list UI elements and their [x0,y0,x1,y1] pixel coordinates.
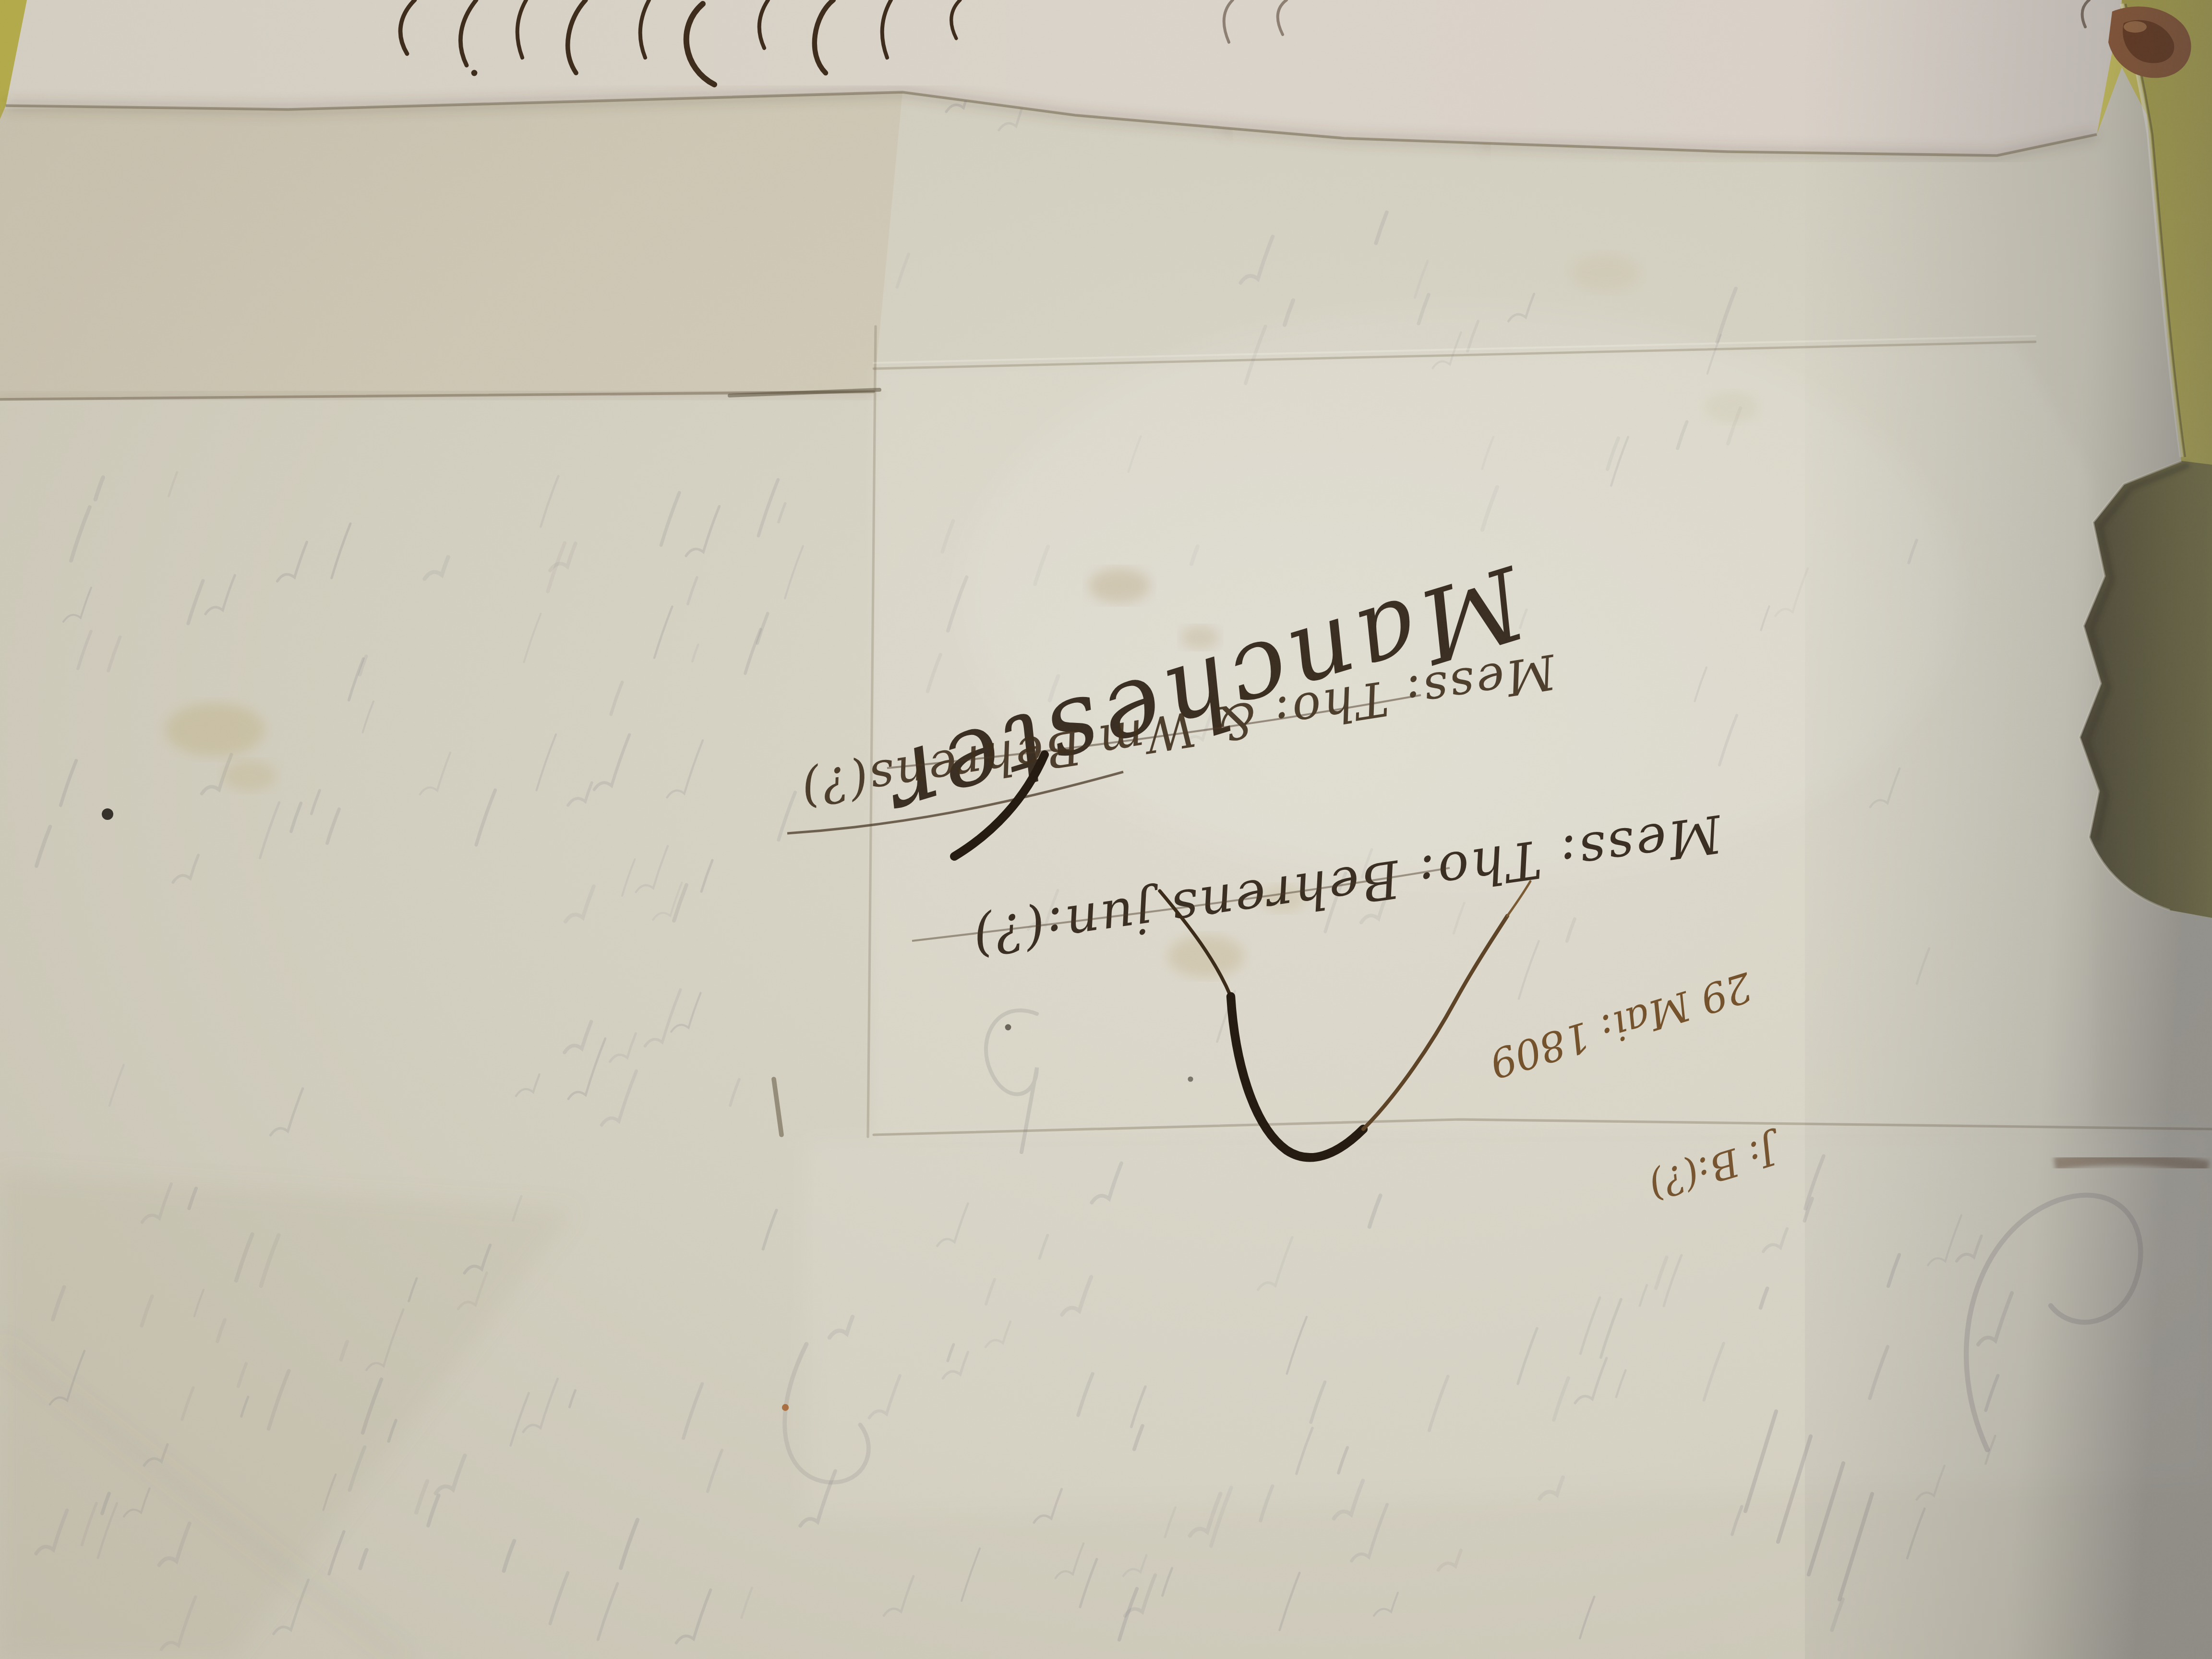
photo-canvas: Manchester Mess: Tho: & Wm Behrens(?) Me… [0,0,2212,1659]
letter-photograph: Manchester Mess: Tho: & Wm Behrens(?) Me… [0,0,2212,1659]
film-grain [0,0,2212,1659]
